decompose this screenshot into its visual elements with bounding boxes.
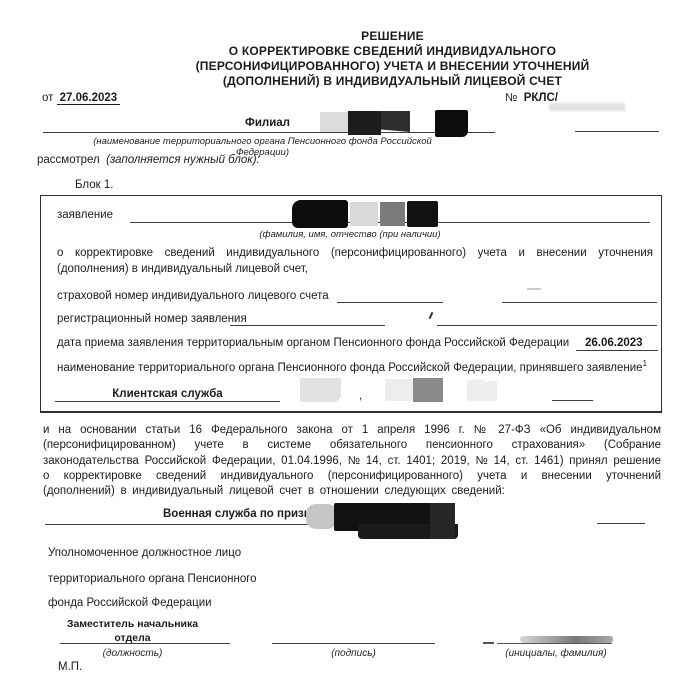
position-line — [60, 643, 230, 644]
filial-fill-line — [43, 132, 495, 133]
block1-label: Блок 1. — [75, 178, 113, 192]
snils-fill-line-2 — [502, 302, 657, 303]
regnum-label: регистрационный номер заявления — [57, 312, 247, 326]
regnum-fill-line-1 — [230, 325, 385, 326]
snils-fill-line-1 — [337, 302, 443, 303]
redaction-blob — [435, 110, 468, 137]
name-caption: (инициалы, фамилия) — [497, 648, 615, 659]
org-value-line — [55, 401, 280, 402]
decision-fill-line-right — [597, 523, 645, 524]
accept-date-value: 26.06.2023 — [585, 336, 643, 350]
title-line-4: (ДОПОЛНЕНИЙ) В ИНДИВИДУАЛЬНЫЙ ЛИЦЕВОЙ СЧ… — [120, 74, 665, 89]
org-fill-line-right — [552, 400, 593, 401]
filial-fill-line-right — [575, 131, 659, 132]
redaction-blob — [407, 201, 438, 227]
considered-line: рассмотрел (заполняется нужный блок): — [37, 153, 260, 167]
accept-date-label: дата приема заявления территориальным ор… — [57, 336, 569, 350]
snils-label: страховой номер индивидуального лицевого… — [57, 289, 329, 303]
signature-line — [272, 643, 435, 644]
document-date: от 27.06.2023 — [42, 91, 120, 105]
block1-box — [40, 195, 662, 413]
scan-artifact-dash — [483, 642, 494, 644]
date-value: 27.06.2023 — [57, 92, 121, 105]
signature-caption: (подпись) — [272, 648, 435, 659]
org-value: Клиентская служба — [55, 387, 280, 401]
redaction-blob — [385, 379, 413, 401]
title-line-1: РЕШЕНИЕ — [120, 29, 665, 44]
title-line-2: О КОРРЕКТИРОВКЕ СВЕДЕНИЙ ИНДИВИДУАЛЬНОГО — [120, 44, 665, 59]
official-line-3: фонда Российской Федерации — [48, 596, 212, 610]
official-line-2: территориального органа Пенсионного — [48, 572, 257, 586]
redaction-blob — [430, 503, 455, 539]
correction-text: о корректировке сведений индивидуального… — [57, 246, 653, 277]
regnum-fill-line-2 — [437, 325, 657, 326]
redaction-blob — [300, 378, 341, 402]
org-label-text: наименование территориального органа Пен… — [57, 362, 643, 374]
fio-caption: (фамилия, имя, отчество (при наличии) — [150, 229, 550, 240]
name-line — [497, 643, 612, 644]
redaction-smudge-name — [520, 636, 613, 643]
legal-paragraph: и на основании статьи 16 Федерального за… — [43, 423, 661, 499]
redaction-blob — [381, 111, 410, 132]
number-prefix: № — [505, 92, 517, 104]
scan-artifact — [527, 288, 541, 290]
org-comma: , — [359, 389, 362, 403]
application-label: заявление — [57, 208, 113, 222]
filial-label: Филиал — [245, 116, 290, 130]
position-caption: (должность) — [55, 648, 210, 659]
redaction-blob — [292, 200, 348, 228]
date-prefix: от — [42, 92, 53, 104]
redaction-blob — [350, 202, 378, 226]
considered-note: (заполняется нужный блок): — [106, 154, 260, 166]
decision-subject: Военная служба по призыву — [163, 507, 327, 521]
org-label: наименование территориального органа Пен… — [57, 361, 657, 375]
redaction-blob — [413, 378, 443, 402]
redaction-blob — [467, 379, 497, 401]
position-value: Заместитель начальника отдела — [50, 618, 215, 645]
redaction-blob — [348, 111, 381, 135]
redaction-smudge-number — [549, 103, 625, 111]
redaction-blob — [320, 112, 348, 132]
redaction-blob — [306, 504, 337, 529]
redaction-blob — [380, 202, 405, 226]
accept-date-line — [576, 350, 658, 351]
org-footnote-ref: 1 — [643, 359, 647, 368]
title-line-3: (ПЕРСОНИФИЦИРОВАННОГО) УЧЕТА И ВНЕСЕНИИ … — [120, 59, 665, 74]
official-line-1: Уполномоченное должностное лицо — [48, 546, 241, 560]
stamp-mark: М.П. — [58, 660, 82, 674]
document-title: РЕШЕНИЕ О КОРРЕКТИРОВКЕ СВЕДЕНИЙ ИНДИВИД… — [120, 29, 665, 89]
position-value-line-1: Заместитель начальника — [50, 618, 215, 632]
considered-verb: рассмотрел — [37, 154, 100, 166]
